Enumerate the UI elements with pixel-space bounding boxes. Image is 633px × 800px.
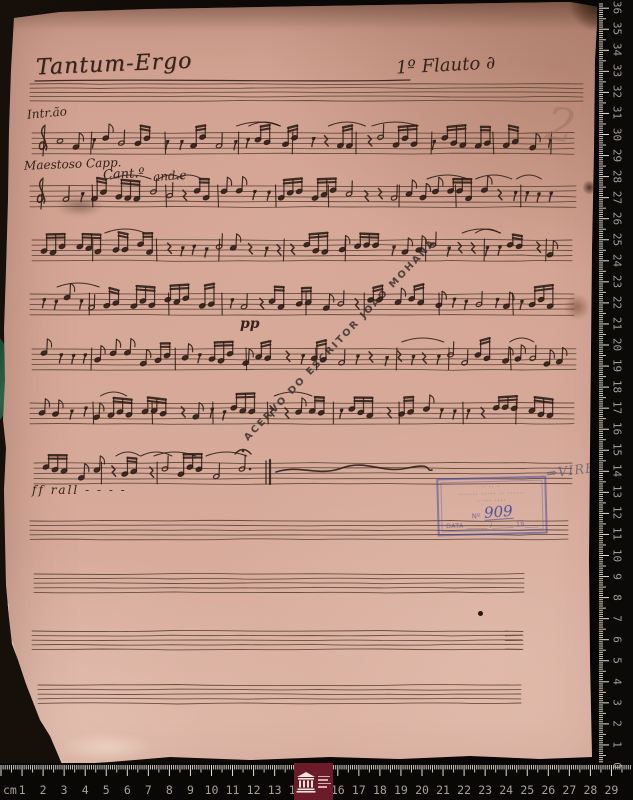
ruler-number: 5: [611, 649, 624, 671]
ruler-number: 10: [205, 783, 219, 797]
ruler-number: 18: [611, 376, 624, 398]
ruler-number: 1: [19, 783, 26, 797]
ruler-number: 6: [124, 783, 131, 797]
ruler-number: 29: [611, 144, 624, 166]
manuscript-paper: Tantum-Ergo 1º Flauto ∂ Intr.ão Maestoso…: [0, 0, 633, 800]
ruler-number: 7: [145, 783, 152, 797]
ruler-number: 33: [611, 60, 624, 82]
ruler-number: 27: [562, 783, 576, 797]
ruler-number: 9: [611, 565, 624, 587]
ruler-number: 8: [611, 586, 624, 608]
music-notation: [0, 0, 633, 800]
ruler-number: 4: [611, 670, 624, 692]
ruler-number: 10: [611, 544, 624, 566]
ruler-number: 28: [611, 165, 624, 187]
ruler-number: 12: [247, 783, 261, 797]
ruler-number: 24: [611, 249, 624, 271]
ruler-number: 19: [394, 783, 408, 797]
ruler-number: 4: [82, 783, 89, 797]
bent-corner-shadow: [556, 0, 602, 52]
ruler-number: 19: [611, 355, 624, 377]
ruler-number: 25: [520, 783, 534, 797]
ruler-number: 2: [611, 712, 624, 734]
ruler-number: 14: [611, 460, 624, 482]
ruler-number: 9: [187, 783, 194, 797]
archive-logo-text: [318, 776, 331, 788]
ruler-number: 5: [103, 783, 110, 797]
ruler-number: 35: [611, 18, 624, 40]
ruler-number: 16: [611, 418, 624, 440]
ruler-number: 6: [611, 628, 624, 650]
ruler-unit-label: cm: [3, 783, 17, 797]
ruler-number: 20: [415, 783, 429, 797]
ruler-number: 18: [373, 783, 387, 797]
ruler-number: 1: [611, 733, 624, 755]
ruler-number: 23: [478, 783, 492, 797]
ruler-number: 21: [436, 783, 450, 797]
ruler-number: 22: [457, 783, 471, 797]
ruler-number: 28: [583, 783, 597, 797]
ruler-number: 24: [499, 783, 513, 797]
archive-logo: [294, 763, 333, 800]
ruler-number: 0: [611, 755, 624, 777]
ruler-number: 2: [40, 783, 47, 797]
ruler-number: 13: [611, 481, 624, 503]
ruler-number: 34: [611, 39, 624, 61]
ruler-number: 30: [611, 123, 624, 145]
ruler-number: 8: [166, 783, 173, 797]
ruler-number: 26: [541, 783, 555, 797]
stamp-accession-number: 909: [484, 504, 514, 520]
ruler-number: 15: [611, 439, 624, 461]
ruler-number: 32: [611, 81, 624, 103]
ruler-number: 25: [611, 228, 624, 250]
ruler-number: 3: [611, 691, 624, 713]
ruler-number: 13: [268, 783, 282, 797]
ruler-number: 21: [611, 312, 624, 334]
ruler-number: 17: [611, 397, 624, 419]
ruler-number: 31: [611, 102, 624, 124]
ruler-number: 7: [611, 607, 624, 629]
annotation-rallentando: ff rall - - - -: [32, 483, 127, 497]
archive-building-icon: [296, 771, 316, 793]
library-accession-stamp: · ·· · ······· ····· ·· ······ · ··· ···…: [436, 476, 547, 537]
annotation-andante: and.e: [153, 168, 187, 184]
ruler-number: 20: [611, 334, 624, 356]
ruler-number: 3: [61, 783, 68, 797]
ruler-number: 17: [352, 783, 366, 797]
ruler-number: 29: [605, 783, 619, 797]
ruler-number: 22: [611, 291, 624, 313]
ruler-number: 36: [611, 0, 624, 19]
ruler-number: 12: [611, 502, 624, 524]
ruler-number: 11: [611, 523, 624, 545]
ruler-number: 11: [226, 783, 240, 797]
annotation-dynamics: pp: [240, 316, 260, 332]
annotation-canto: Cant.º: [103, 166, 145, 183]
ruler-number: 26: [611, 207, 624, 229]
ruler-number: 23: [611, 270, 624, 292]
scanned-manuscript-page: Tantum-Ergo 1º Flauto ∂ Intr.ão Maestoso…: [0, 0, 633, 800]
ruler-number: 27: [611, 186, 624, 208]
